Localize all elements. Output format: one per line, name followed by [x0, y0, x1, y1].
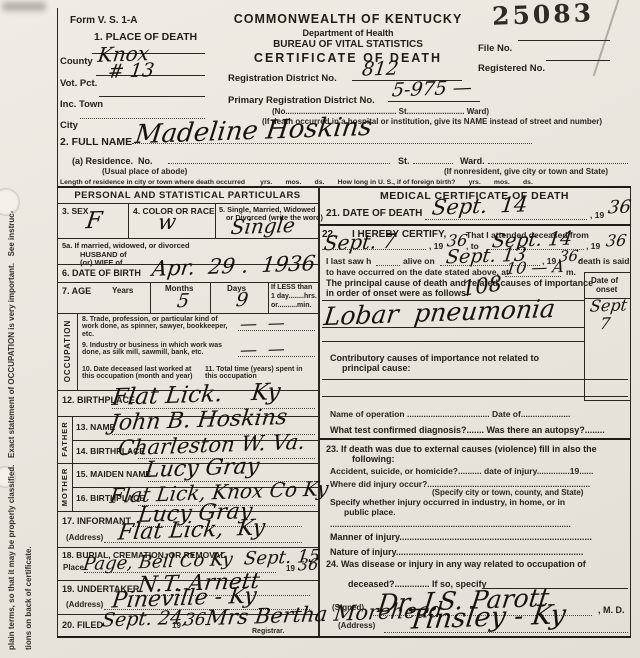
onset-box-left-border: [584, 272, 585, 400]
burial-year-value: 36: [297, 557, 319, 574]
date-of-death-line: [425, 219, 587, 220]
test-row-underline: [318, 438, 631, 440]
contributory-line-2: [322, 396, 628, 397]
q23-line-2: following:: [352, 455, 395, 464]
county-label: County: [60, 57, 93, 67]
occ9-value: — —: [239, 341, 286, 360]
date-of-death-label: 21. DATE OF DEATH: [326, 209, 422, 220]
primary-district-line: [388, 101, 480, 102]
row3-underline: [57, 238, 318, 239]
dob-label: 6. DATE OF BIRTH: [62, 269, 141, 278]
onset-box-bottom-border: [584, 400, 630, 401]
registered-no-blank-line: [546, 60, 610, 61]
form-number: Form V. S. 1-A: [70, 16, 137, 27]
occ9-label: 9. Industry or business in which work wa…: [82, 342, 234, 357]
margin-note-line1: plain terms, so that it may be properly …: [7, 211, 16, 650]
registration-district-label: Registration District No.: [228, 74, 337, 84]
specify-line-2: public place.: [344, 508, 396, 517]
inc-town-line: [99, 96, 205, 97]
nature-of-injury-line: Nature of injury........................…: [330, 548, 583, 557]
contributory-label-2: principal cause:: [342, 364, 411, 373]
section-top-border: [57, 186, 631, 188]
vot-pct-label: Vot. Pct.: [60, 79, 97, 89]
blank-dots-line: ........................................…: [330, 520, 571, 529]
column-divider: [318, 186, 320, 636]
mother-name-label: 15. MAIDEN NAME: [76, 470, 151, 479]
year2-printed: , 19: [586, 242, 600, 251]
occ8-value: — —: [239, 315, 286, 334]
accident-line: Accident, suicide, or homicide?.........…: [330, 467, 593, 476]
inc-town-label: Inc. Town: [60, 100, 103, 110]
mother-vertical-label: MOTHER: [55, 458, 73, 516]
occ11-label: 11. Total time (years) spent in this occ…: [205, 366, 313, 381]
burial-year-printed: 19: [286, 565, 295, 573]
attended-from-line: [322, 249, 426, 250]
dob-value: Apr. 29 . 1936: [151, 253, 317, 280]
residence-no-line: [168, 163, 390, 164]
specify-line-1: Specify whether injury occurred in indus…: [330, 498, 565, 507]
residence-label: (a) Residence. No.: [72, 157, 153, 166]
registered-no-label: Registered No.: [478, 64, 545, 74]
row21-underline: [318, 224, 631, 226]
abode-hint: (Usual place of abode): [102, 168, 187, 176]
year2-value: 36: [605, 233, 627, 250]
commonwealth-title: COMMONWEALTH OF KENTUCKY: [230, 13, 466, 26]
sex-label: 3. SEX: [62, 207, 88, 216]
age-less-label-1: If LESS than: [271, 284, 312, 291]
file-no-label: File No.: [478, 44, 512, 54]
date-of-death-value: Sept. 14: [431, 194, 529, 218]
occurred-post: m.: [566, 268, 576, 277]
age-months-days-divider: [210, 282, 211, 313]
burial-place-label: Place: [63, 564, 84, 572]
husband-wife-label-3: (or) WIFE of: [80, 259, 123, 267]
page-fold-crease: [593, 0, 621, 76]
row6-underline: [57, 282, 318, 283]
age-years-months-divider: [150, 282, 151, 313]
registrar-label: Registrar.: [252, 628, 284, 635]
age-label: 7. AGE: [62, 287, 91, 296]
mother-name-value: Lucy Gray: [144, 456, 261, 482]
occ8-label: 8. Trade, profession, or particular kind…: [82, 316, 234, 338]
certificate-stamp-number: 25083: [492, 0, 595, 31]
dod-year-value: 36: [607, 199, 632, 218]
informant-address-label: (Address): [66, 534, 103, 542]
operation-line: Name of operation ......................…: [330, 410, 570, 419]
last-saw-mid: alive on: [403, 257, 435, 266]
year1-printed: , 19: [429, 242, 443, 251]
registration-district-value: 812: [361, 59, 400, 79]
primary-district-value: 5-975 —: [391, 79, 473, 101]
age-less-label-2: 1 day........hrs.: [271, 293, 317, 300]
city-label: City: [60, 121, 78, 131]
marital-value: Single: [230, 215, 296, 237]
occurred-value: 10 — A: [505, 259, 565, 277]
cause-line-3: [322, 341, 584, 342]
primary-district-label: Primary Registration District No.: [228, 96, 375, 106]
informant-address-value: Flat Lick, Ky: [117, 517, 267, 544]
personal-title-underline: [57, 203, 318, 204]
residence-ward-label: Ward.: [460, 157, 485, 166]
occupation-vertical-label: OCCUPATION: [57, 301, 77, 401]
test-diagnosis-line: What test confirmed diagnosis?....... Wa…: [330, 426, 605, 435]
full-name-value: Madeline Hoskins: [133, 114, 373, 148]
cause-line-2: [322, 327, 584, 328]
color-value: w: [157, 212, 178, 234]
death-certificate-scan: plain terms, so that it may be properly …: [0, 0, 640, 658]
certificate-title: CERTIFICATE OF DEATH: [230, 52, 466, 65]
age-less-label-3: or..........min.: [271, 302, 311, 309]
filed-year-value: 36: [183, 612, 207, 630]
age-months-value: 5: [176, 292, 190, 312]
undertaker-address-label: (Address): [66, 601, 103, 609]
age-days-less-divider: [268, 282, 269, 313]
saw-post: death is said: [578, 257, 630, 266]
vot-pct-value: # 13: [107, 61, 155, 82]
residence-st-label: St.: [398, 157, 410, 166]
onset-day-value: 7: [599, 316, 611, 332]
cause-of-death-value: Lobar pneumonia: [323, 296, 557, 329]
filed-label: 20. FILED: [62, 621, 103, 630]
nonresident-hint: (If nonresident, give city or town and S…: [444, 168, 608, 176]
form-bottom-border: [57, 636, 631, 638]
onset-label-2: onset: [596, 286, 617, 294]
contributory-line-1: [322, 379, 628, 380]
color-marital-divider: [215, 203, 216, 238]
filed-year-printed: 19: [172, 622, 181, 630]
residence-ward-line: [488, 163, 628, 164]
file-no-blank-line: [518, 40, 610, 41]
occupation-label-divider: [77, 313, 78, 390]
age-years-label: Years: [112, 287, 133, 295]
sex-color-divider: [128, 203, 129, 238]
husband-wife-label-1: 5a. If married, widowed, or divorced: [62, 242, 190, 250]
sex-value: F: [85, 210, 104, 234]
residence-st-line: [413, 163, 453, 164]
onset-box-top-border: [584, 272, 630, 273]
dod-year-printed: , 19: [590, 211, 604, 220]
form-right-border: [630, 186, 631, 638]
personal-section-title: PERSONAL AND STATISTICAL PARTICULARS: [57, 191, 318, 201]
full-name-label: 2. FULL NAME: [60, 137, 132, 148]
margin-note-line2: tions on back of certificate.: [24, 546, 33, 650]
onset-month-value: Sept: [589, 297, 628, 314]
last-saw-blank: [376, 265, 400, 266]
department-subtitle: Department of Health: [230, 29, 466, 38]
last-saw-pre: I last saw h: [326, 257, 371, 266]
md-label: , M. D.: [598, 606, 625, 615]
bureau-subtitle: BUREAU OF VITAL STATISTICS: [230, 40, 466, 51]
occ10-label: 10. Date deceased last worked at this oc…: [82, 366, 200, 381]
manner-of-injury-line: Manner of injury........................…: [330, 533, 592, 542]
scan-smudge: [2, 2, 46, 11]
age-days-value: 9: [235, 291, 249, 311]
q24-line-1: 24. Was disease or injury in any way rel…: [326, 560, 586, 569]
